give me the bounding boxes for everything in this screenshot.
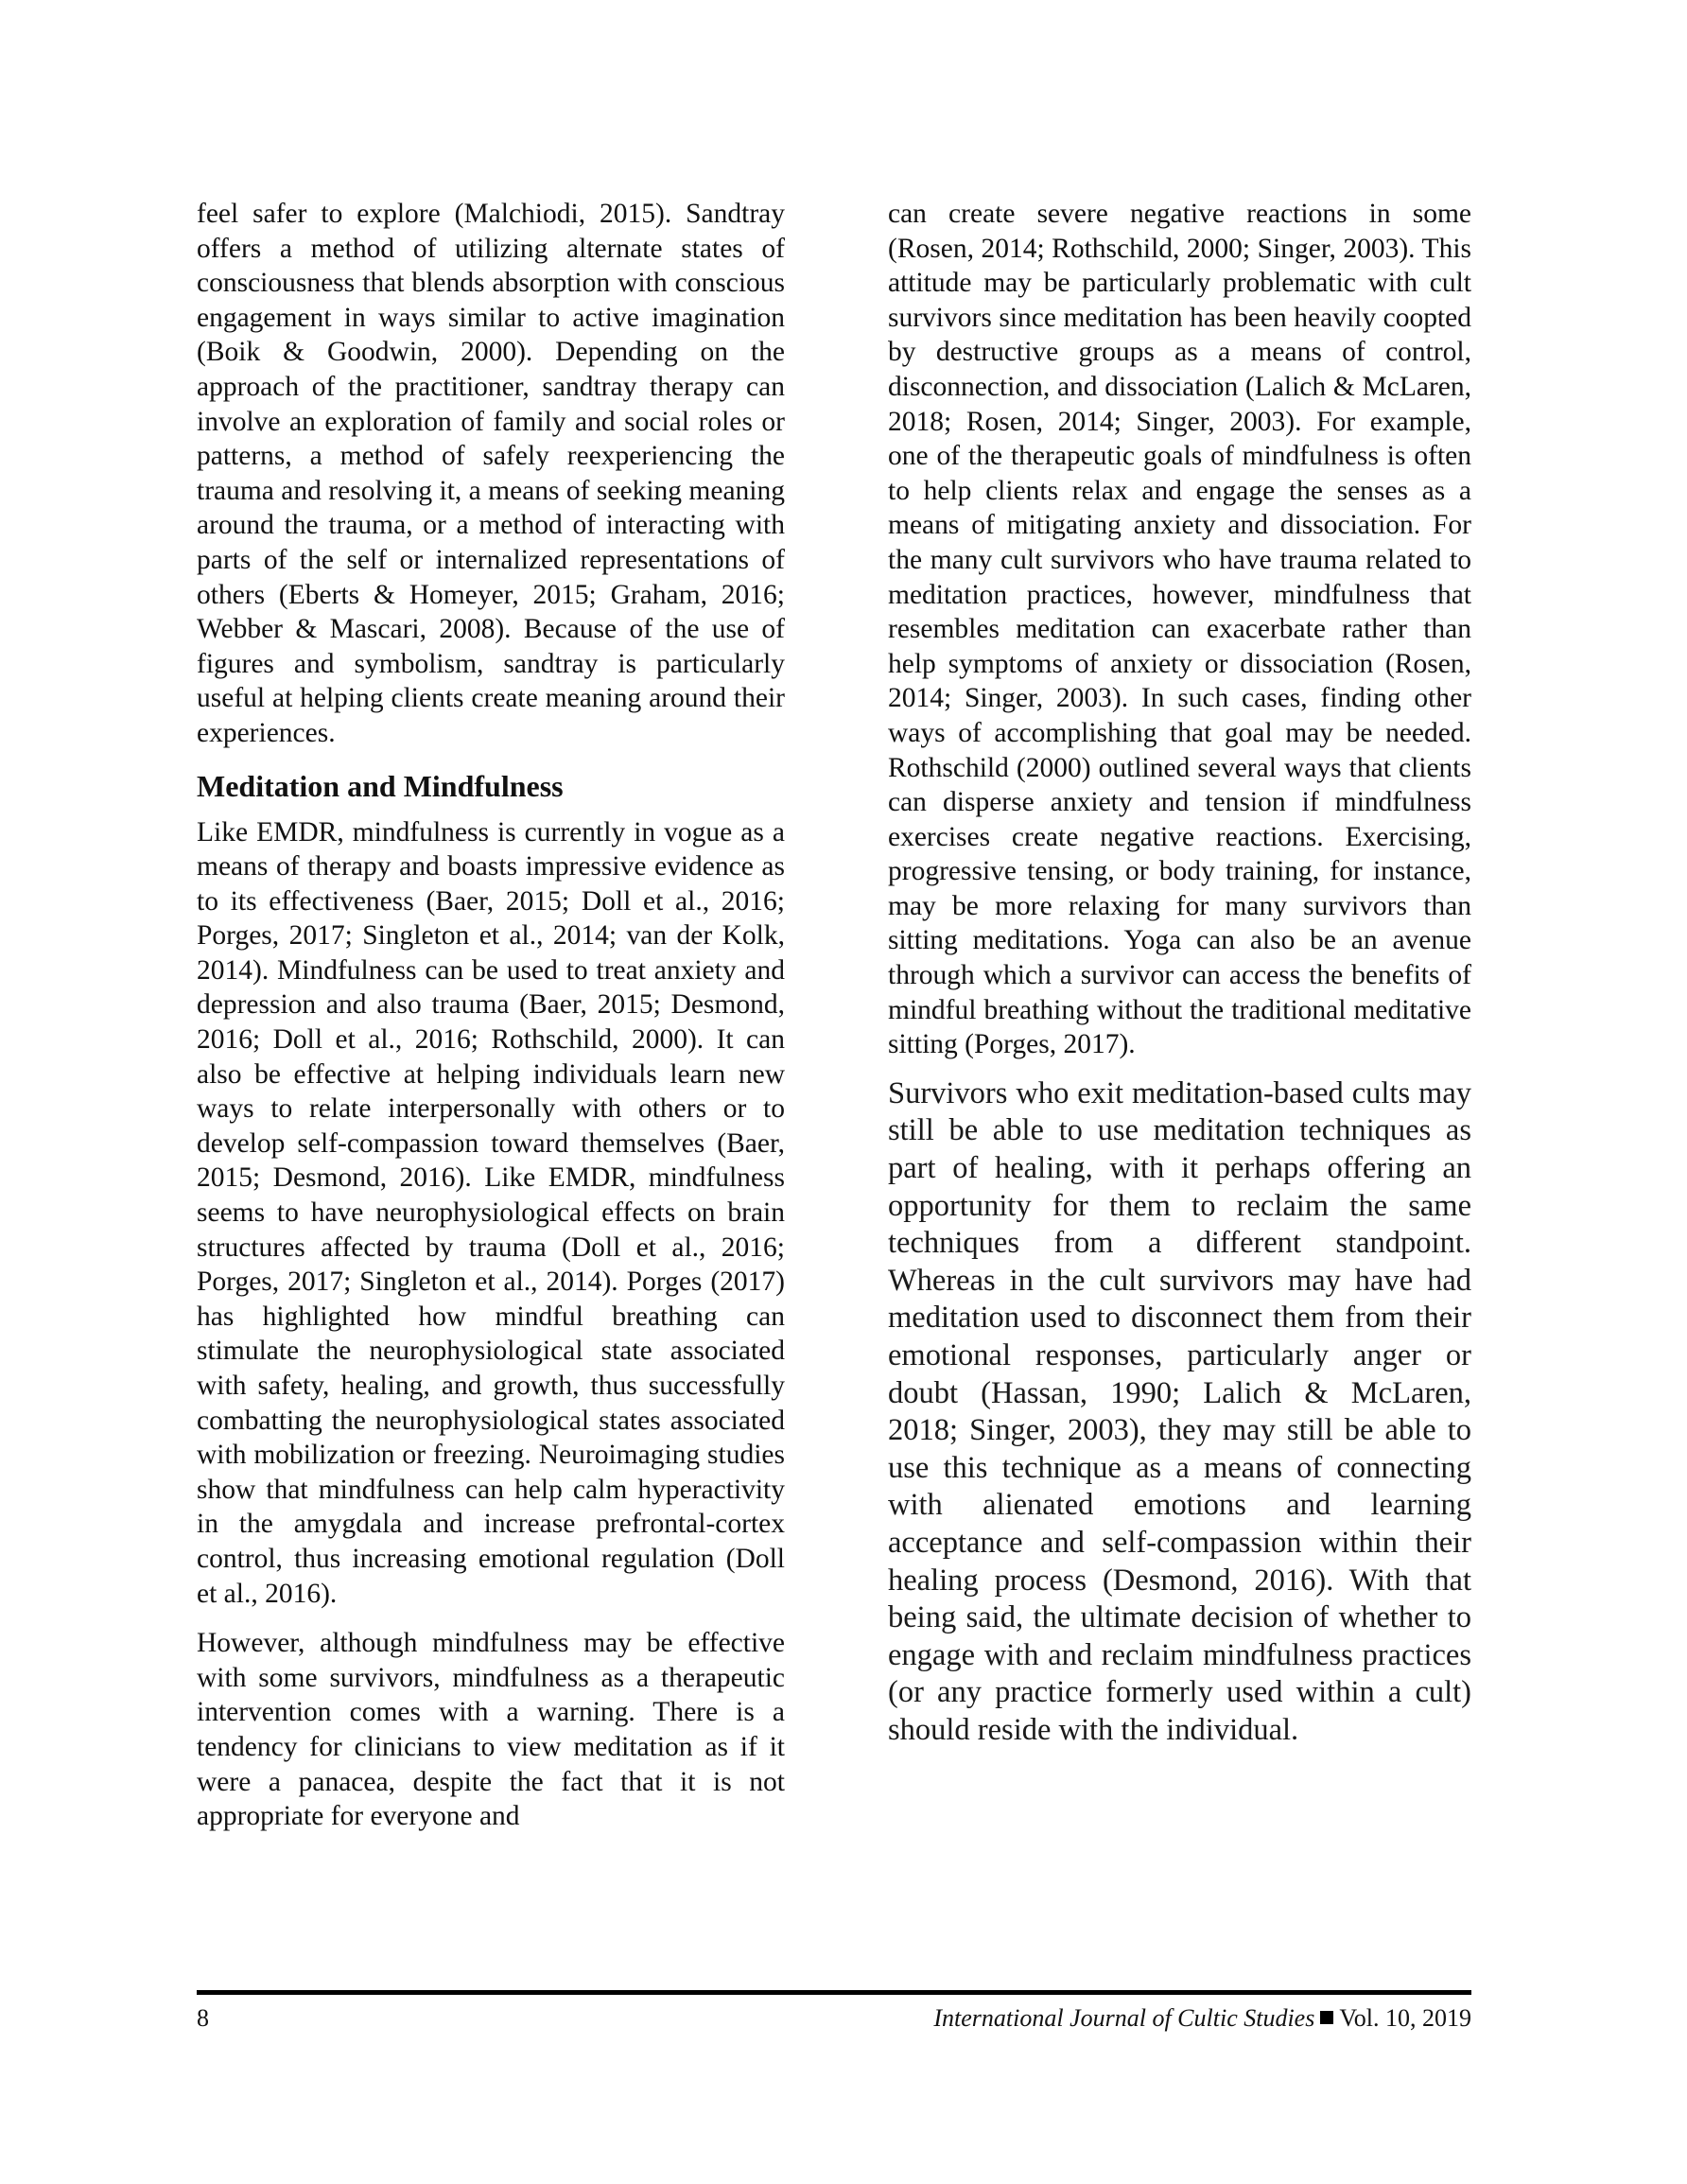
running-footer: International Journal of Cultic StudiesV… (933, 2003, 1471, 2034)
body-paragraph: Like EMDR, mindfulness is currently in v… (197, 815, 785, 1612)
body-paragraph: can create severe negative reactions in … (888, 197, 1471, 1062)
right-column: can create severe negative reactions in … (888, 197, 1471, 1750)
square-separator-icon (1320, 2011, 1333, 2024)
body-paragraph: However, although mindfulness may be eff… (197, 1626, 785, 1834)
footer-rule (197, 1990, 1471, 1995)
body-paragraph: feel safer to explore (Malchiodi, 2015).… (197, 197, 785, 751)
volume-info: Vol. 10, 2019 (1339, 2004, 1471, 2032)
body-paragraph: Survivors who exit meditation-based cult… (888, 1075, 1471, 1750)
section-heading: Meditation and Mindfulness (197, 768, 785, 804)
journal-title: International Journal of Cultic Studies (933, 2004, 1314, 2032)
page-number: 8 (197, 2003, 209, 2034)
left-column: feel safer to explore (Malchiodi, 2015).… (197, 197, 785, 1834)
